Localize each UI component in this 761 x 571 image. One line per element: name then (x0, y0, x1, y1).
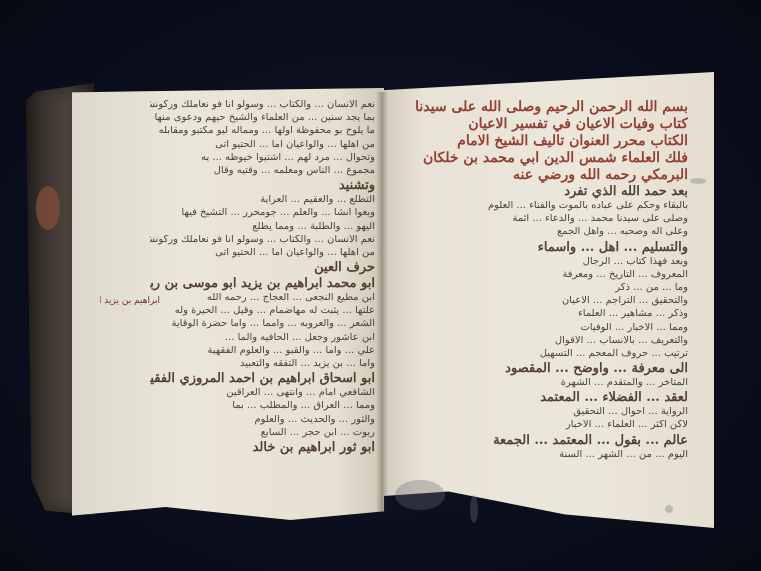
entry-heading: ابو اسحاق ابراهيم بن احمد المروزي الفقيه (150, 372, 375, 388)
basmala: بسم الله الرحمن الرحيم وصلى الله على سيد… (388, 100, 688, 117)
entry-heading: ابو محمد ابراهيم بن يزيد ابو موسى بن ربي… (150, 277, 375, 293)
text-line: التطلع ... والعقيم ... العراية (150, 195, 375, 208)
chapter-heading: حرف العين (150, 261, 375, 277)
text-line-bold: الى معرفة ... واوضح ... المقصود (388, 362, 688, 378)
text-line: ما يلوح بو محفوظة اولها ... ومماله ليو م… (150, 126, 375, 139)
text-line: وتحوال ... مرد لهم ... اشتيوا خيوطه ... … (150, 153, 375, 166)
text-line: علي ... واما ... والقبو ... والعلوم الفق… (150, 346, 375, 359)
opening-heading: بعد حمد الله الذي تفرد (388, 185, 688, 201)
text-line: اليوم ... من ... الشهر ... السنة (388, 450, 688, 463)
text-line: بالبقاء وحكم على عباده بالموت والفناء ..… (388, 201, 688, 214)
text-line: ربوت ... ابن حجر ... السابع (150, 428, 375, 441)
text-line: من اهلها ... والواعيان اما ... الحتيو ات… (150, 140, 375, 153)
water-stain (395, 480, 445, 510)
text-line: اليهو ... والطلبة ... ومما يطلع (150, 222, 375, 235)
text-line: الشعر ... والعروبه ... وامما ... واما حض… (150, 319, 375, 332)
text-line: وذكر ... مشاهير ... العلماء (388, 309, 688, 322)
text-line: والتحقيق ... التراجم ... الاعيان (388, 296, 688, 309)
text-line: ومما ... الاخبار ... الوفيات (388, 323, 688, 336)
text-line-bold: عالم ... بقول ... المعتمد ... الجمعة (388, 434, 688, 450)
ink-smudge (470, 495, 478, 523)
text-line: الرواية ... احوال ... التحقيق (388, 407, 688, 420)
text-line: المعروف ... التاريخ ... ومعرفة (388, 270, 688, 283)
text-line: وما ... من ... ذكر (388, 283, 688, 296)
text-line: ومما ... العراق ... والمطلب ... بما (150, 401, 375, 414)
text-line: علتها ... يثبت له مهاضمام ... وقيل ... ا… (150, 306, 375, 319)
text-line: مجموع ... الناس ومعلمه ... وقتيه وقال (150, 166, 375, 179)
text-line: وصلى على سيدنا محمد ... والدعاء ... ائمة (388, 214, 688, 227)
text-line: واما ... بن يزيد ... التفقه والتعبيد (150, 359, 375, 372)
text-line: نعم الانسان ... والكتاب ... وسولو انا فو… (150, 100, 375, 113)
ink-spot (690, 178, 706, 184)
book-gutter (376, 92, 388, 512)
text-line: لاكن اكثر ... العلماء ... الاخبار (388, 420, 688, 433)
text-line: ابن عاشور وجعل ... الحافيه والما ... (150, 333, 375, 346)
section-heading: وتشنيد (150, 179, 375, 195)
text-line: ترتيب ... حروف المعجم ... التسهيل (388, 349, 688, 362)
title-rubric: الكتاب محرر العنوان تاليف الشيخ الامام (388, 134, 688, 151)
cover-red-stain (36, 186, 60, 230)
text-line: نعم الانسان ... والكتاب ... وسولو انا فو… (150, 235, 375, 248)
text-line: الشافعي امام ... وانتهى ... العراقين (150, 388, 375, 401)
left-page-text: نعم الانسان ... والكتاب ... وسولو انا فو… (150, 100, 375, 457)
text-line: والثور ... والحديث ... والعلوم (150, 415, 375, 428)
title-rubric: البرمكي رحمه الله ورضي عنه (388, 168, 688, 185)
text-line-bold: لعقد ... الفضلاء ... المعتمد (388, 391, 688, 407)
text-line: ويعوا انشا ... والعلم ... جومحرر ... الت… (150, 208, 375, 221)
text-line: وعلى آله وصحبه ... واهل الجمع (388, 227, 688, 240)
text-line-bold: والتسليم ... اهل ... واسماء (388, 241, 688, 257)
text-line: ابن مطيع النجعى ... العجاج ... رحمه الله (150, 293, 375, 306)
text-line: والتعريف ... بالانساب ... الاقوال (388, 336, 688, 349)
ink-spot (665, 505, 673, 513)
text-line: وبعد فهذا كتاب ... الرجال (388, 257, 688, 270)
text-line: المتأخر ... والمتقدم ... الشهرة (388, 378, 688, 391)
text-line: من اهلها ... والواعيان اما ... الحتيو ات… (150, 248, 375, 261)
title-rubric: فلك العلماء شمس الدين ابي محمد بن خلكان (388, 151, 688, 168)
title-rubric: كتاب وفيات الاعيان في تفسير الاعيان (388, 117, 688, 134)
text-line: بما يجد سنين ... من العلماء والشيخ حيهم … (150, 113, 375, 126)
right-page-text: بسم الله الرحمن الرحيم وصلى الله على سيد… (388, 100, 688, 463)
entry-heading: ابو ثور ابراهيم بن خالد (150, 441, 375, 457)
